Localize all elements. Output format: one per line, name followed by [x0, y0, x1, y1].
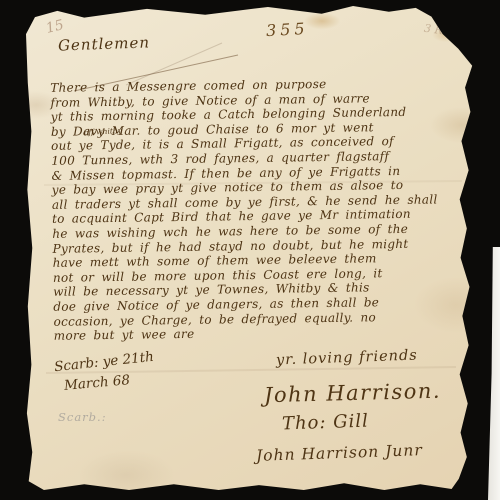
adjacent-page-edge: [488, 247, 500, 500]
dateline-place: Scarb: ye 21th: [53, 349, 154, 375]
signature-john-harrison: John Harrison.: [264, 379, 442, 408]
folio-number-pencil: 15: [44, 17, 65, 37]
page-number: 355: [266, 19, 309, 40]
signature-tho-gill: Tho: Gill: [282, 410, 370, 434]
faint-ink-mark: 3 R: [423, 22, 443, 37]
dateline-month: March 68: [63, 372, 130, 394]
letter-photograph: 15 355 3 R Gentlemen There is a Messengr…: [0, 0, 500, 500]
letter-body: There is a Messengre comed on purposefro…: [50, 75, 458, 343]
archivist-note-pencil: Scarb.:: [58, 410, 107, 424]
closing-line: yr. loving friends: [276, 348, 418, 369]
signature-john-harrison-junr: John Harrison Junr: [256, 441, 423, 465]
salutation: Gentlemen: [58, 33, 151, 54]
manuscript-paper: 15 355 3 R Gentlemen There is a Messengr…: [26, 5, 474, 491]
